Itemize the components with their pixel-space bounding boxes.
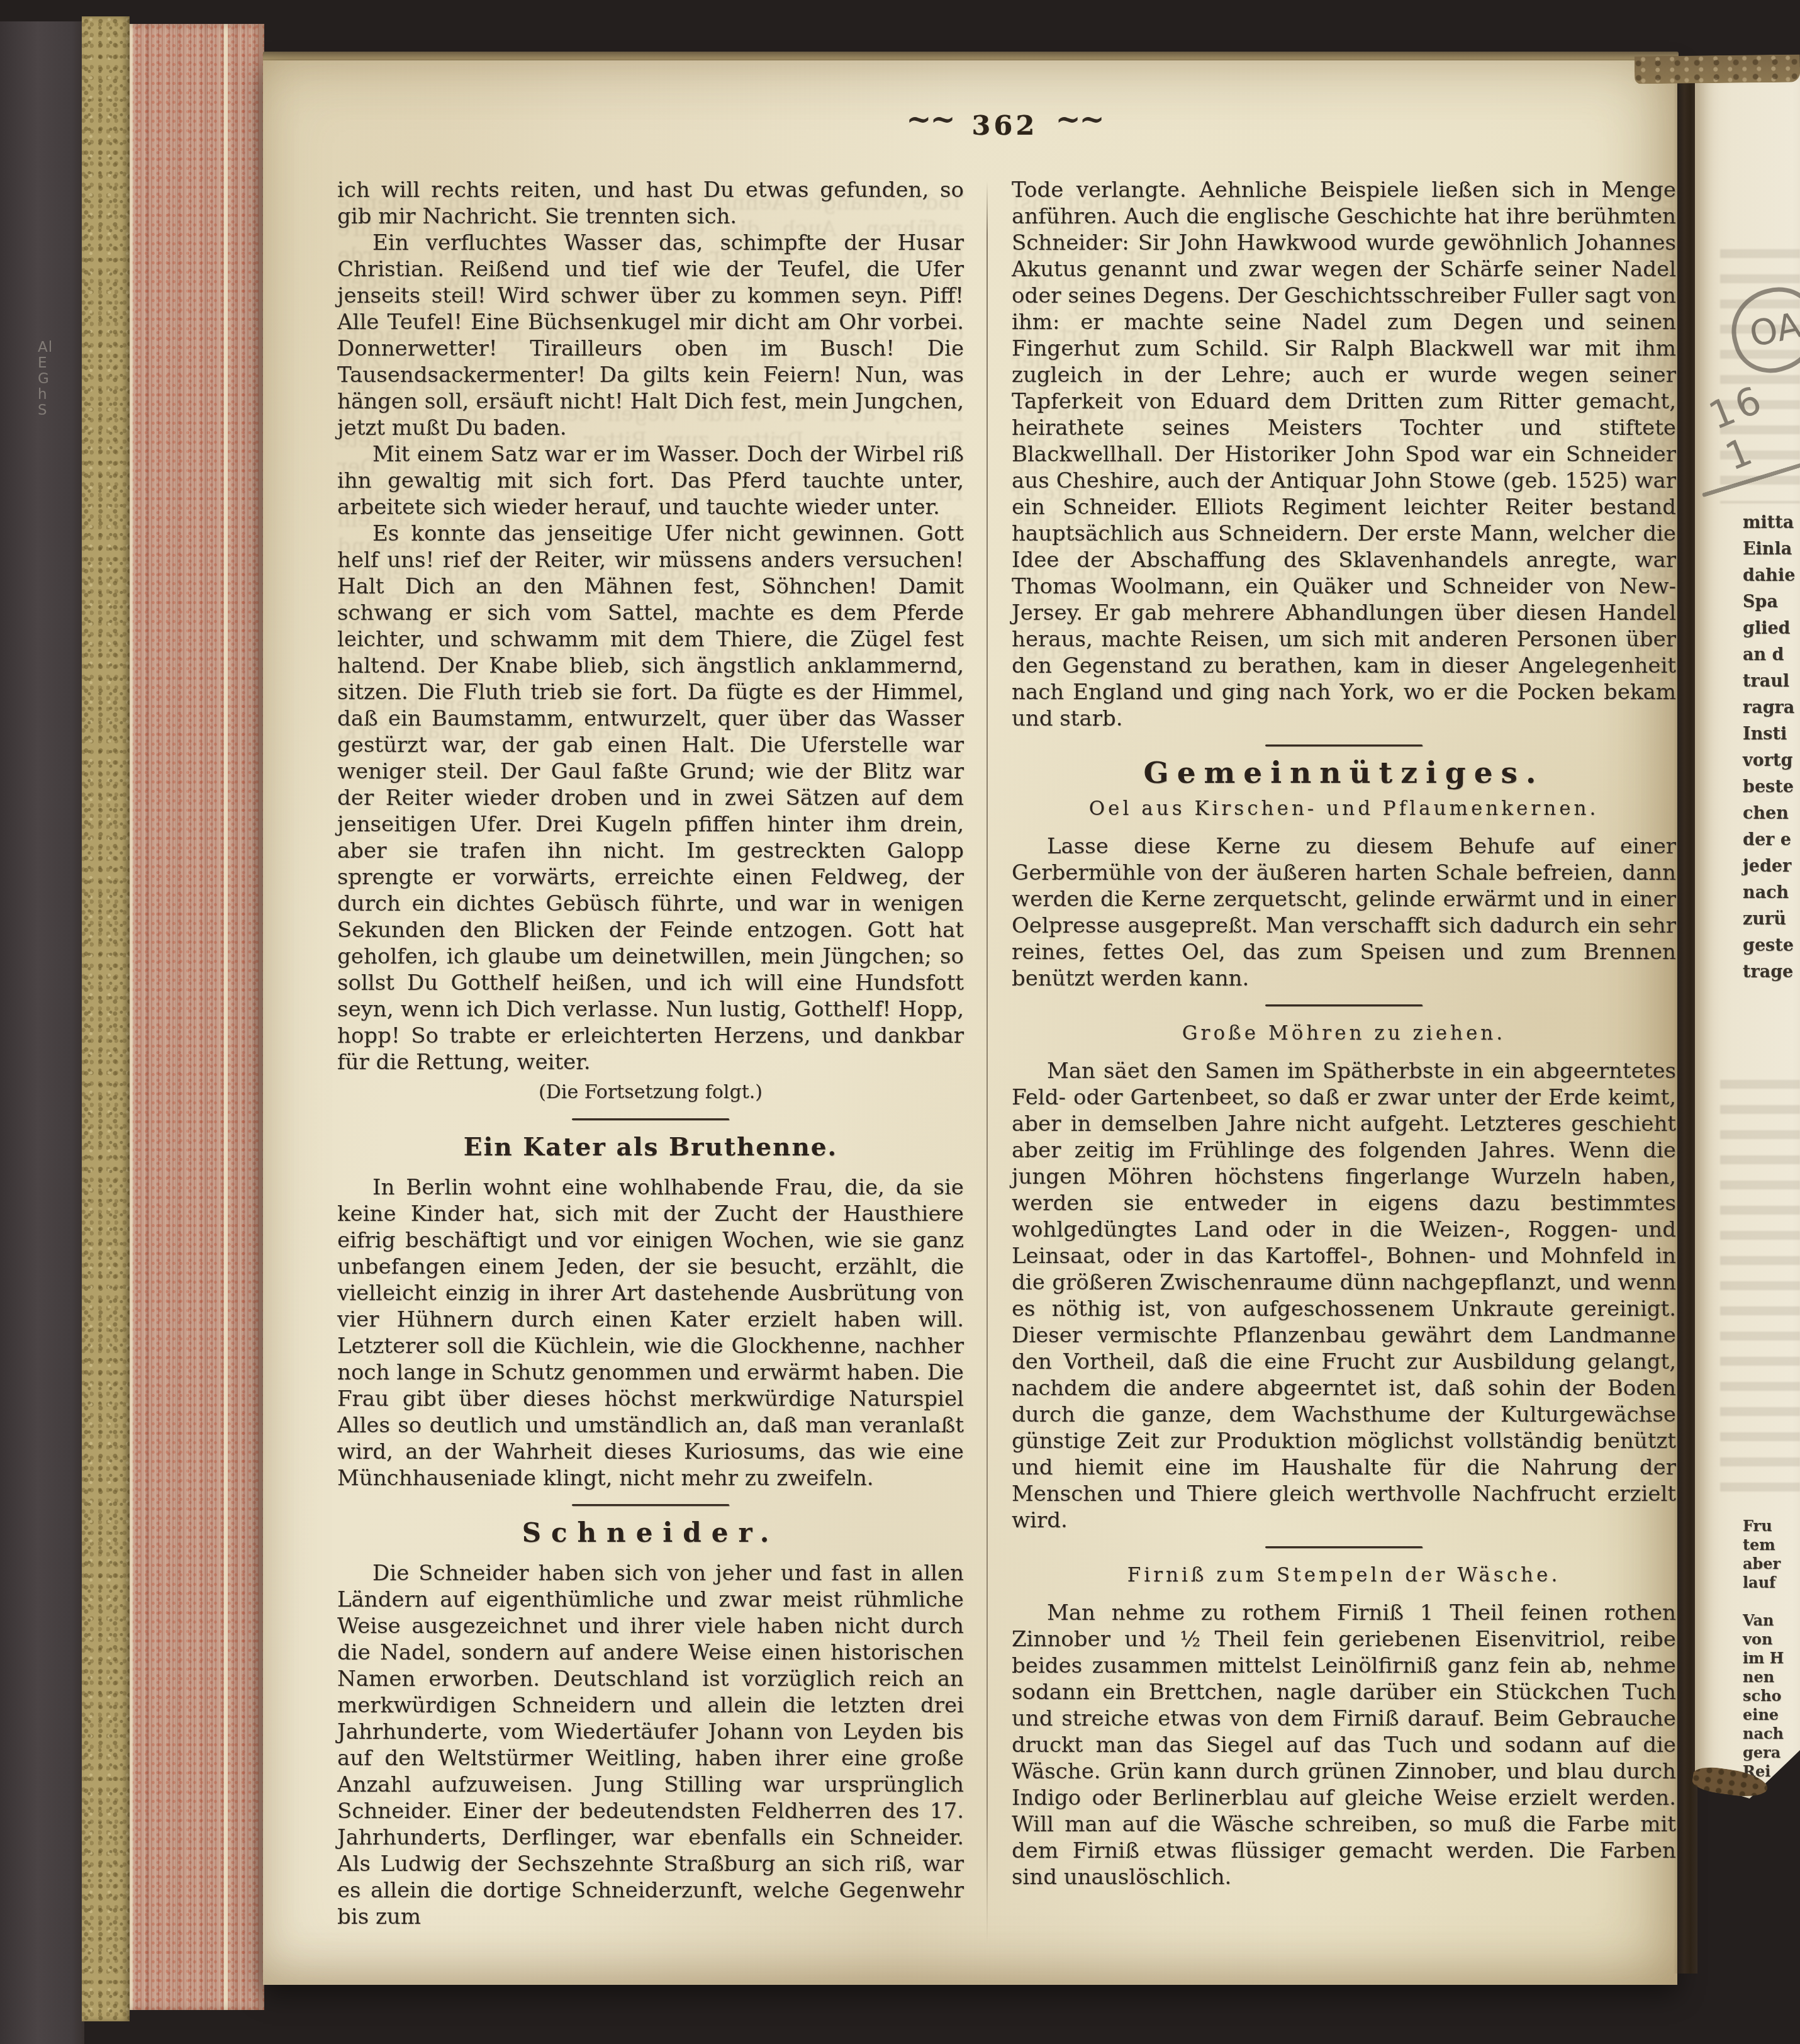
book-page: ~~362~~ Tode verlangte. Aehnliche Beispi… <box>263 60 1677 1985</box>
story-paragraph: Ein verfluchtes Wasser das, schimpfte de… <box>337 230 964 441</box>
article-body: Die Schneider haben sich von jeher und f… <box>337 1560 964 1930</box>
section-divider-rule <box>572 1504 729 1506</box>
subsection-body: Man nehme zu rothem Firniß 1 Theil feine… <box>1012 1600 1676 1890</box>
book-scan-scene: Al E G h S ~~362~~ Tode verlangte. Aehnl… <box>0 0 1800 2044</box>
article-title: Ein Kater als Bruthenne. <box>337 1134 964 1160</box>
page-number: 362 <box>972 110 1038 142</box>
column-divider-rule <box>987 181 988 1943</box>
subsection-body: Lasse diese Kerne zu diesem Behufe auf e… <box>1012 833 1676 992</box>
story-paragraph: ich will rechts reiten, und hast Du etwa… <box>337 177 964 230</box>
pencil-circle-text: OA <box>1746 305 1800 356</box>
fore-edge-handwritten-marks: Al E G h S <box>38 340 82 418</box>
header-ornament-left: ~~ <box>906 102 954 137</box>
facing-bleed-through <box>1720 1064 1800 1491</box>
facing-page-text-fragments-bottom: Fru tem aber lauf Van von im H nen scho … <box>1743 1517 1784 1781</box>
left-column: ich will rechts reiten, und hast Du etwa… <box>337 177 964 1930</box>
subsection-title: Firniß zum Stempeln der Wäsche. <box>1012 1562 1676 1588</box>
section-title: Gemeinnütziges. <box>1012 760 1676 787</box>
facing-page-torn-top-edge <box>1635 55 1800 84</box>
article-body: In Berlin wohnt eine wohlhabende Frau, d… <box>337 1174 964 1491</box>
section-divider-rule <box>572 1118 729 1120</box>
page-block-fore-edge <box>130 24 264 2010</box>
subsection-title: Große Möhren zu ziehen. <box>1012 1020 1676 1047</box>
book-board-shadow-strip <box>0 21 84 2044</box>
header-ornament-right: ~~ <box>1055 102 1103 137</box>
section-divider-rule <box>1265 744 1423 746</box>
story-paragraph: Mit einem Satz war er im Wasser. Doch de… <box>337 441 964 520</box>
section-divider-rule <box>1265 1004 1423 1006</box>
continuation-note: (Die Fortsetzung folgt.) <box>337 1079 964 1106</box>
story-paragraph: Es konnte das jenseitige Ufer nicht gewi… <box>337 520 964 1075</box>
subsection-body: Man säet den Samen im Spätherbste in ein… <box>1012 1058 1676 1534</box>
facing-page-text-fragments-top: mitta Einla dahie Spa glied an d traul r… <box>1743 510 1795 985</box>
book-gutter <box>1674 60 1697 1974</box>
subsection-title: Oel aus Kirschen- und Pflaumenkernen. <box>1012 795 1676 822</box>
book-cover-edge <box>82 16 130 2021</box>
right-column: Tode verlangte. Aehnliche Beispiele ließ… <box>1012 177 1676 1890</box>
page-header: ~~362~~ <box>337 107 1672 142</box>
story-paragraph: Tode verlangte. Aehnliche Beispiele ließ… <box>1012 177 1676 732</box>
section-divider-rule <box>1265 1546 1423 1548</box>
article-title: Schneider. <box>337 1520 964 1546</box>
facing-page: OA 16 1 mitta Einla dahie Spa glied an d… <box>1695 69 1800 1799</box>
